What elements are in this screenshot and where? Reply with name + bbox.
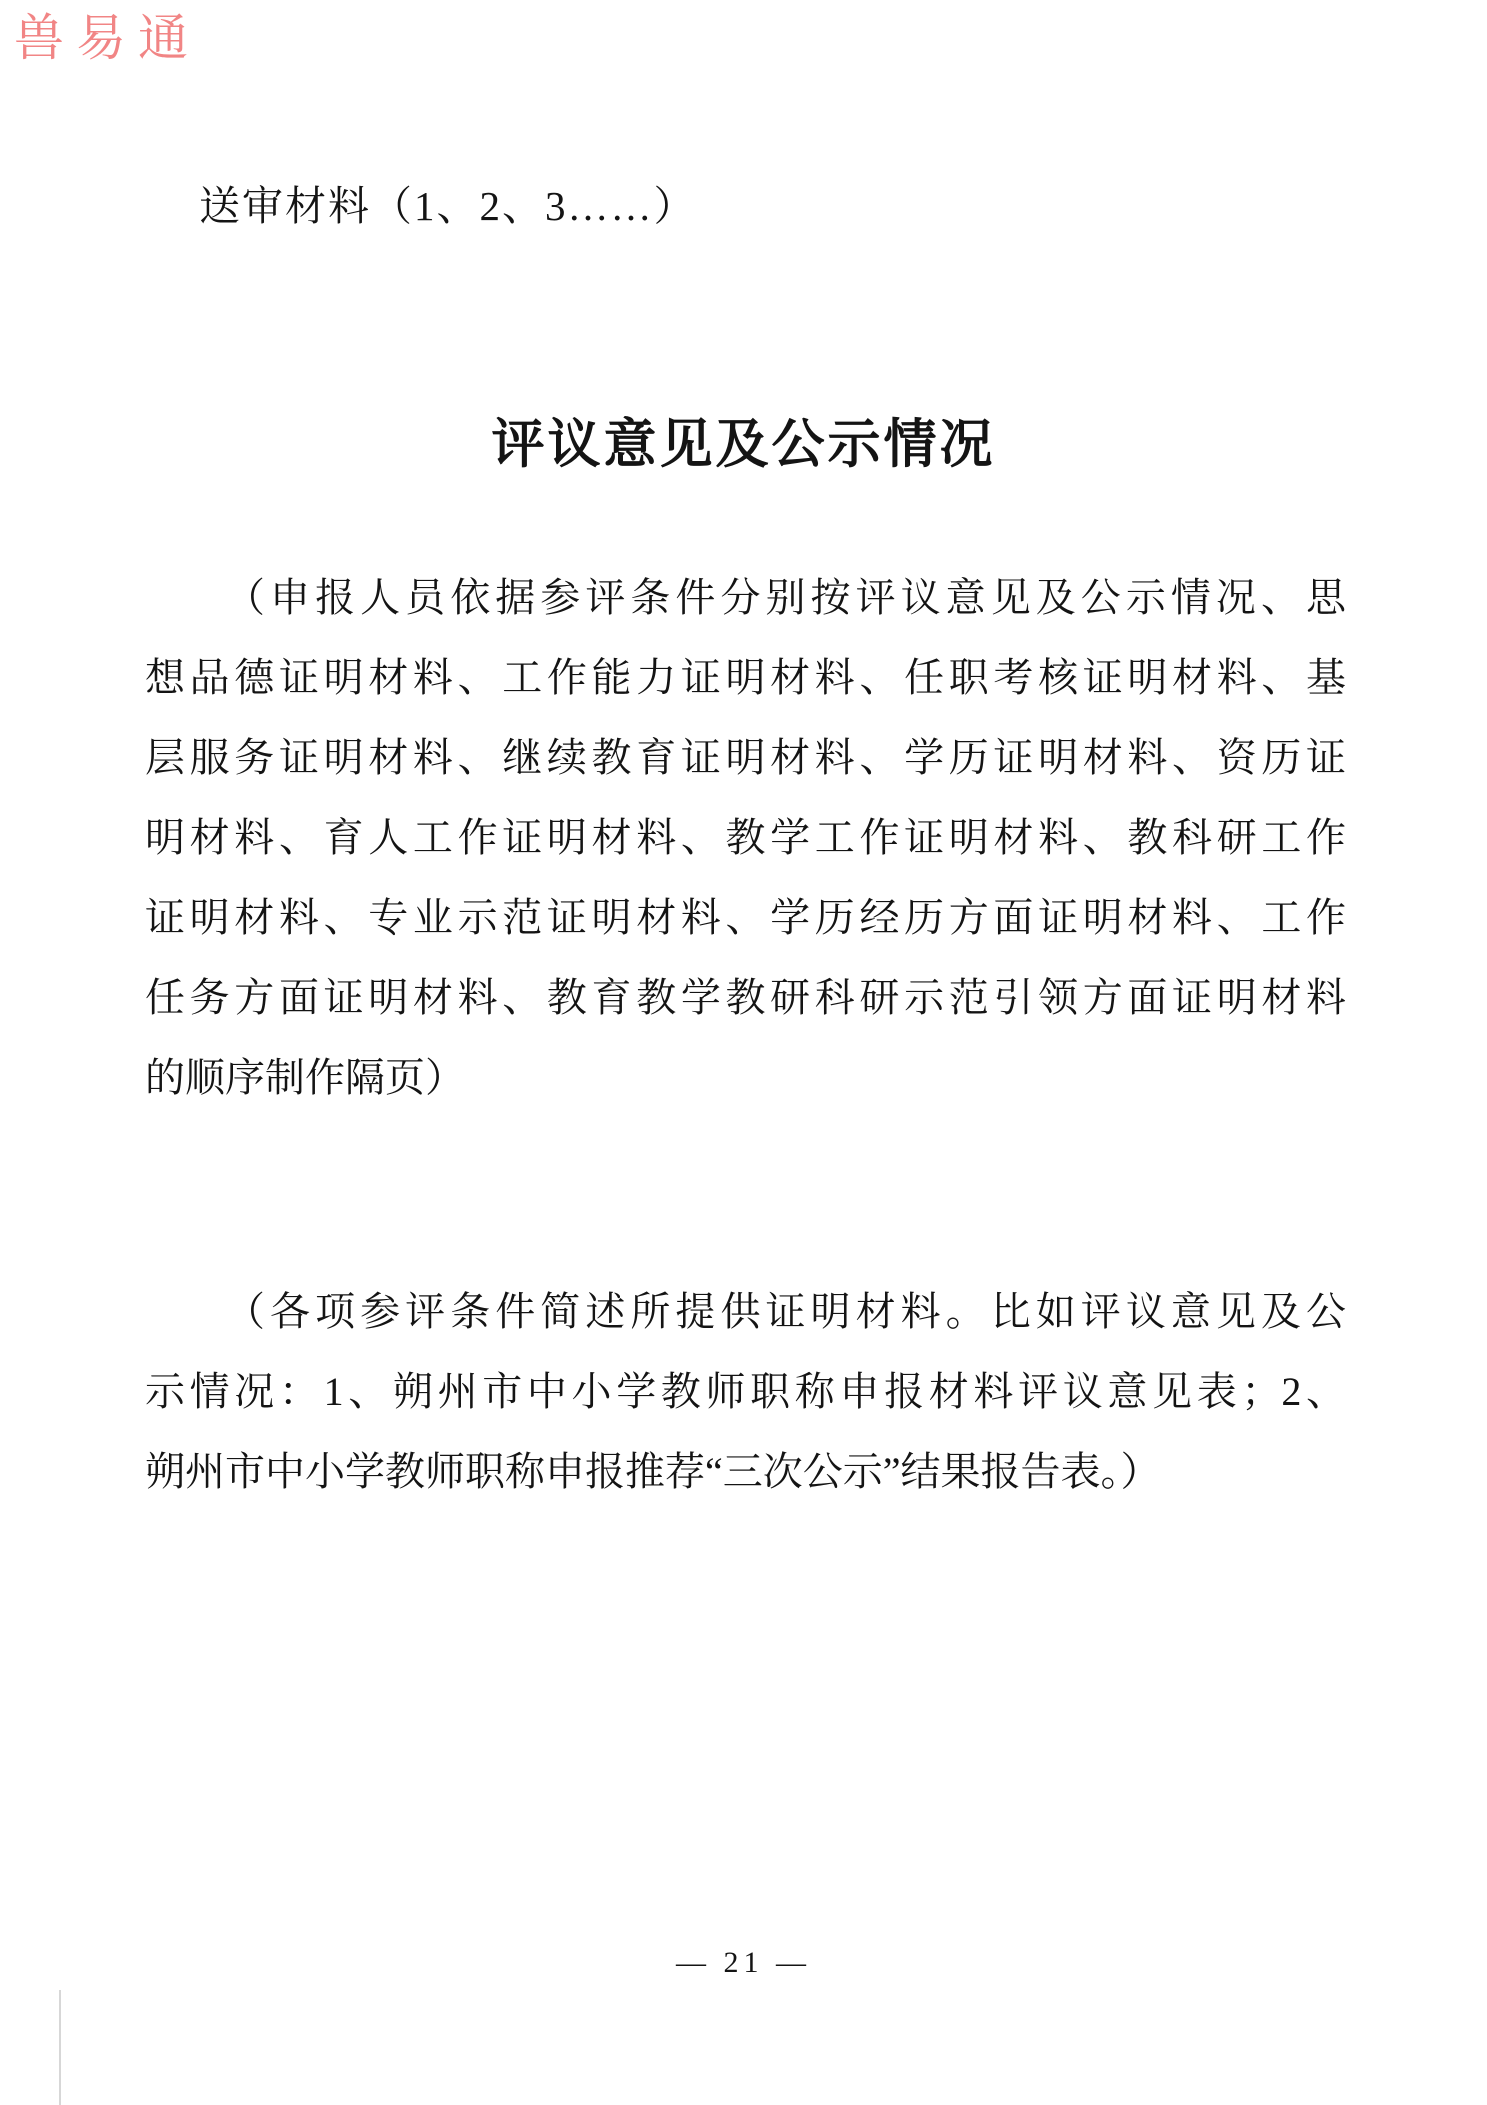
- paragraph-line: （申报人员依据参评条件分别按评议意见及公示情况、思: [145, 558, 1346, 638]
- paragraph-examples: （各项参评条件简述所提供证明材料。比如评议意见及公 示情况：1、朔州市中小学教师…: [145, 1272, 1346, 1512]
- watermark-logo: 兽易通: [14, 0, 200, 70]
- paragraph-line: 明材料、育人工作证明材料、教学工作证明材料、教科研工作: [145, 798, 1346, 878]
- paragraph-line: 的顺序制作隔页）: [145, 1038, 1346, 1118]
- scan-edge-artifact: [59, 1990, 61, 2105]
- intro-line: 送审材料（1、2、3……）: [199, 176, 697, 236]
- paragraph-line: 朔州市中小学教师职称申报推荐“三次公示”结果报告表。）: [145, 1432, 1346, 1512]
- paragraph-materials-order: （申报人员依据参评条件分别按评议意见及公示情况、思 想品德证明材料、工作能力证明…: [145, 558, 1346, 1118]
- paragraph-line: 任务方面证明材料、教育教学教研科研示范引领方面证明材料: [145, 958, 1346, 1038]
- document-page: 兽易通 送审材料（1、2、3……） 评议意见及公示情况 （申报人员依据参评条件分…: [0, 0, 1487, 2105]
- paragraph-line: （各项参评条件简述所提供证明材料。比如评议意见及公: [145, 1272, 1346, 1352]
- page-number: — 21 —: [0, 1946, 1487, 1980]
- paragraph-line: 证明材料、专业示范证明材料、学历经历方面证明材料、工作: [145, 878, 1346, 958]
- paragraph-line: 示情况：1、朔州市中小学教师职称申报材料评议意见表；2、: [145, 1352, 1346, 1432]
- paragraph-line: 想品德证明材料、工作能力证明材料、任职考核证明材料、基: [145, 638, 1346, 718]
- page-title: 评议意见及公示情况: [0, 402, 1487, 478]
- paragraph-line: 层服务证明材料、继续教育证明材料、学历证明材料、资历证: [145, 718, 1346, 798]
